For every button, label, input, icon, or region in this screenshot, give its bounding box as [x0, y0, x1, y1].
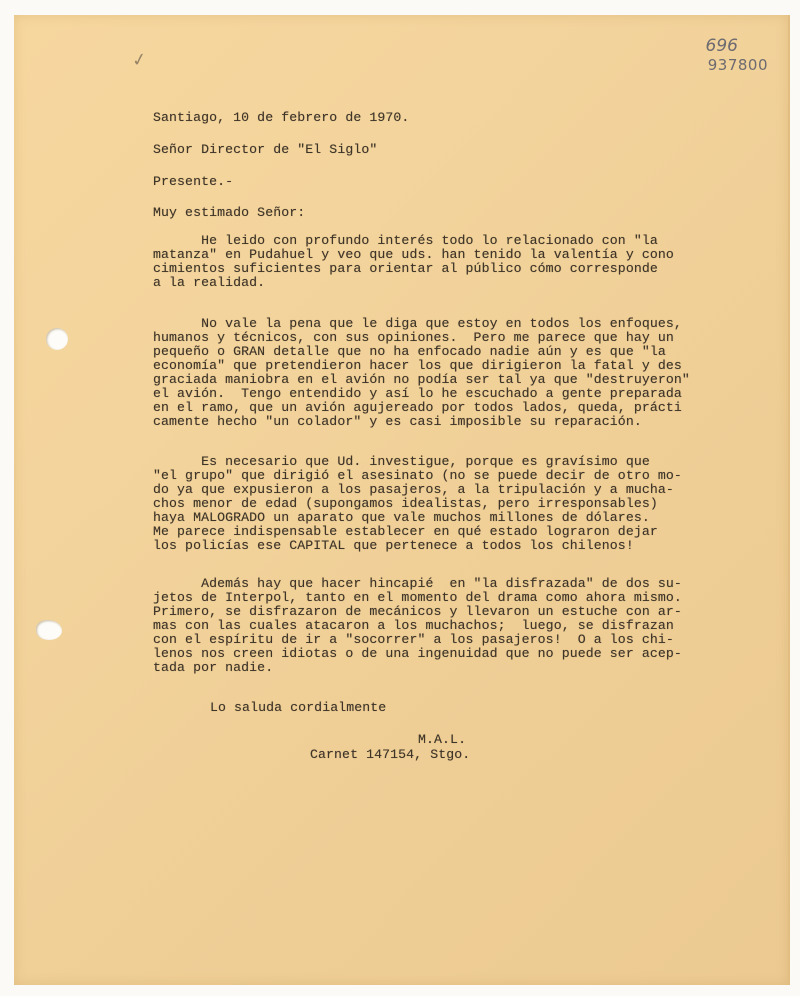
paragraph-line: do ya que expusieron a los pasajeros, a … [153, 483, 793, 497]
closing: Lo saluda cordialmente [210, 701, 386, 715]
paragraph-line: No vale la pena que le diga que estoy en… [153, 317, 793, 331]
date-line: Santiago, 10 de febrero de 1970. [153, 111, 409, 125]
paragraph-line: los policías ese CAPITAL que pertenece a… [153, 539, 793, 553]
paragraph-line: mas con las cuales atacaron a los muchac… [153, 619, 793, 633]
paragraph-line: en el ramo, que un avión agujereado por … [153, 401, 793, 415]
paragraph-line: economía" que pretendieron hacer los que… [153, 359, 793, 373]
paragraph-2: No vale la pena que le diga que estoy en… [153, 317, 793, 429]
paragraph-line: a la realidad. [153, 276, 793, 290]
presente-line: Presente.- [153, 175, 233, 189]
paragraph-line: Es necesario que Ud. investigue, porque … [153, 455, 793, 469]
paragraph-line: "el grupo" que dirigió el asesinato (no … [153, 469, 793, 483]
signature-id: Carnet 147154, Stgo. [310, 748, 470, 762]
addressee: Señor Director de "El Siglo" [153, 143, 377, 157]
paragraph-line: humanos y técnicos, con sus opiniones. P… [153, 331, 793, 345]
paragraph-line: matanza" en Pudahuel y veo que uds. han … [153, 248, 793, 262]
paragraph-line: Me parece indispensable establecer en qu… [153, 525, 793, 539]
check-mark-icon: ✓ [131, 53, 154, 67]
paragraph-line: tada por nadie. [153, 661, 793, 675]
paragraph-4: Además hay que hacer hincapié en "la dis… [153, 577, 793, 675]
paragraph-line: camente hecho "un colador" y es casi imp… [153, 415, 793, 429]
catalog-number: 937800 [706, 57, 768, 74]
punch-hole-top [46, 328, 68, 350]
signature-initials: M.A.L. [418, 733, 466, 747]
paragraph-line: chos menor de edad (supongamos idealista… [153, 497, 793, 511]
punch-hole-bottom [36, 620, 62, 640]
paragraph-line: Primero, se disfrazaron de mecánicos y l… [153, 605, 793, 619]
paragraph-line: He leido con profundo interés todo lo re… [153, 234, 793, 248]
folio-number: 696 [706, 37, 738, 57]
paragraph-line: haya MALOGRADO un aparato que vale mucho… [153, 511, 793, 525]
paragraph-3: Es necesario que Ud. investigue, porque … [153, 455, 793, 553]
paragraph-1: He leido con profundo interés todo lo re… [153, 234, 793, 290]
archive-marks: 696 937800 [706, 37, 768, 74]
paragraph-line: lenos nos creen idiotas o de una ingenui… [153, 647, 793, 661]
paragraph-line: graciada maniobra en el avión no podía s… [153, 373, 793, 387]
paragraph-line: el avión. Tengo entendido y así lo he es… [153, 387, 793, 401]
paragraph-line: Además hay que hacer hincapié en "la dis… [153, 577, 793, 591]
paragraph-line: jetos de Interpol, tanto en el momento d… [153, 591, 793, 605]
paragraph-line: con el espíritu de ir a "socorrer" a los… [153, 633, 793, 647]
paragraph-line: cimientos suficientes para orientar al p… [153, 262, 793, 276]
salutation: Muy estimado Señor: [153, 206, 305, 220]
paragraph-line: pequeño o GRAN detalle que no ha enfocad… [153, 345, 793, 359]
